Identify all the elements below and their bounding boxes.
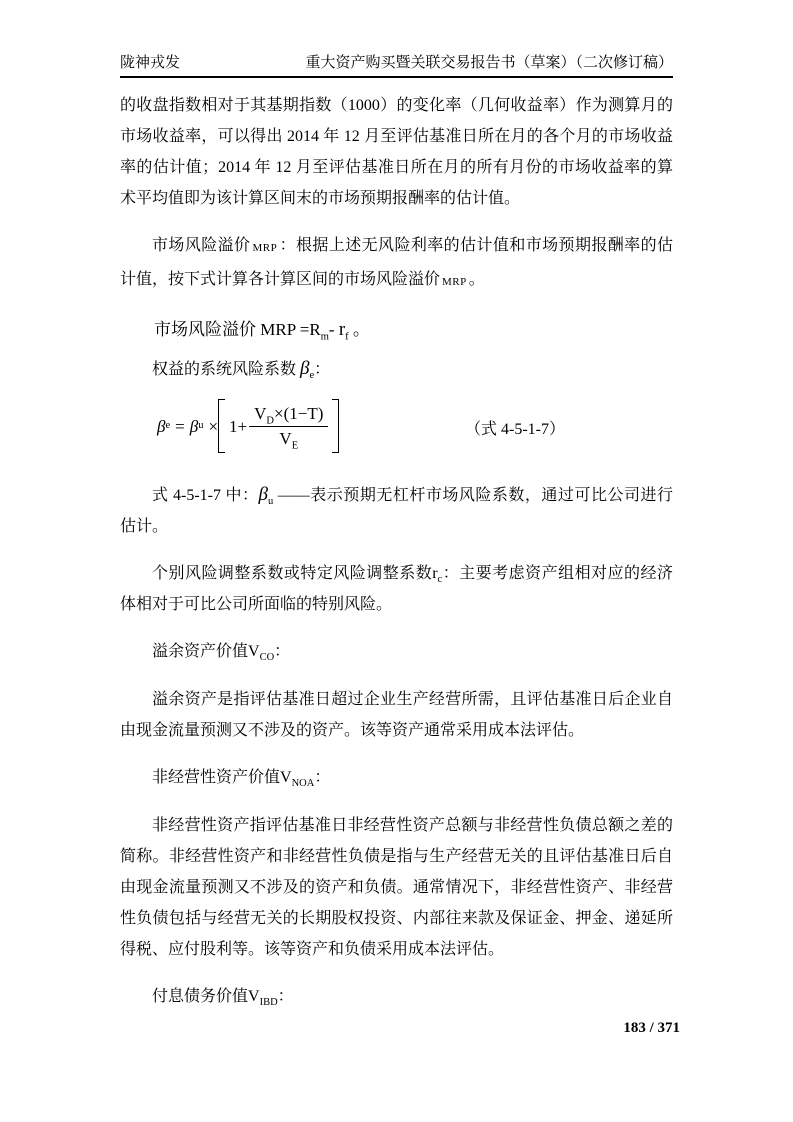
text-run: 市场风险溢价 MRP =R: [154, 320, 321, 339]
left-bracket: [218, 399, 225, 453]
text-run: 非经营性资产价值: [152, 769, 280, 786]
document-page: 陇神戎发 重大资产购买暨关联交易报告书（草案）（二次修订稿） 的收盘指数相对于其…: [0, 0, 793, 1122]
subscript-m: m: [321, 331, 329, 342]
text-run: 个别风险调整系数或特定风险调整系数: [152, 565, 432, 582]
text-run: ：: [314, 361, 330, 378]
subscript-u: u: [268, 496, 273, 507]
line-interest-bearing-debt-value: 付息债务价值VIBD：: [120, 981, 673, 1012]
v-symbol: V: [280, 769, 292, 786]
text-run: ：: [314, 769, 330, 786]
line-surplus-asset-value: 溢余资产价值VCO：: [120, 636, 673, 667]
text-run: -: [329, 320, 335, 339]
right-bracket: [332, 399, 339, 453]
v-symbol: V: [248, 643, 260, 660]
text-run: ×(1−T): [274, 404, 323, 423]
fraction-denominator: VE: [279, 427, 298, 449]
fraction: VD×(1−T) VE: [249, 404, 328, 449]
text-run: 。: [349, 320, 370, 339]
v-symbol: V: [279, 429, 291, 448]
text-run: 权益的系统风险系数: [152, 361, 296, 378]
subscript-co: CO: [260, 652, 275, 663]
text-run: 。: [469, 271, 485, 288]
text-run: ：: [278, 988, 294, 1005]
paragraph-beta-u-explanation: 式 4-5-1-7 中：βu ——表示预期无杠杆市场风险系数，通过可比公司进行估…: [120, 479, 673, 542]
beta-symbol: β: [157, 411, 165, 442]
paragraph-surplus-asset-definition: 溢余资产是指评估基准日超过企业生产经营所需，且评估基准日后企业自由现金流量预测又…: [120, 684, 673, 746]
text-run: 式 4-5-1-7 中：: [152, 487, 259, 504]
times-sign: ×: [208, 411, 218, 442]
fraction-numerator: VD×(1−T): [249, 404, 328, 427]
paragraph-mrp-definition: 市场风险溢价MRP：根据上述无风险利率的估计值和市场预期报酬率的估计值，按下式计…: [120, 230, 673, 298]
text-run: 溢余资产价值: [152, 643, 248, 660]
mrp-symbol: MRP: [440, 276, 469, 288]
paragraph-specific-risk: 个别风险调整系数或特定风险调整系数rc：主要考虑资产组相对应的经济体相对于可比公…: [120, 558, 673, 620]
paragraph-market-return: 的收盘指数相对于其基期指数（1000）的变化率（几何收益率）作为测算月的市场收益…: [120, 90, 673, 214]
v-symbol: V: [248, 988, 260, 1005]
page-header: 陇神戎发 重大资产购买暨关联交易报告书（草案）（二次修订稿）: [120, 54, 673, 78]
v-symbol: V: [254, 404, 266, 423]
paragraph-non-operating-asset-definition: 非经营性资产指评估基准日非经营性资产总额与非经营性负债总额之差的简称。非经营性资…: [120, 810, 673, 965]
formula-beta-equation: βe = βu × 1+ VD×(1−T) VE: [157, 395, 339, 457]
subscript-d: D: [266, 415, 274, 426]
formula-4-5-1-7: βe = βu × 1+ VD×(1−T) VE （式 4-5-1-7）: [120, 395, 673, 457]
line-beta-e-heading: 权益的系统风险系数 βe：: [120, 353, 673, 385]
text-run: 市场风险溢价: [152, 237, 250, 254]
line-non-operating-asset-value: 非经营性资产价值VNOA：: [120, 762, 673, 793]
subscript-noa: NOA: [292, 778, 315, 789]
text-run: 付息债务价值: [152, 988, 248, 1005]
beta-symbol: β: [259, 484, 268, 505]
header-company-name: 陇神戎发: [120, 54, 180, 73]
equation-number-label: （式 4-5-1-7）: [465, 414, 565, 445]
one-plus: 1+: [229, 411, 247, 442]
document-body: 的收盘指数相对于其基期指数（1000）的变化率（几何收益率）作为测算月的市场收益…: [120, 90, 673, 1029]
text-run: ：: [274, 643, 290, 660]
subscript-ibd: IBD: [260, 997, 278, 1008]
subscript-e: E: [292, 440, 298, 451]
mrp-symbol: MRP: [250, 242, 279, 254]
page-number: 183 / 371: [623, 1020, 680, 1037]
beta-symbol: β: [190, 411, 198, 442]
equals-sign: =: [175, 411, 185, 442]
header-report-title: 重大资产购买暨关联交易报告书（草案）（二次修订稿）: [305, 54, 673, 73]
formula-mrp-equation: 市场风险溢价 MRP =Rm- rf 。: [120, 314, 673, 345]
